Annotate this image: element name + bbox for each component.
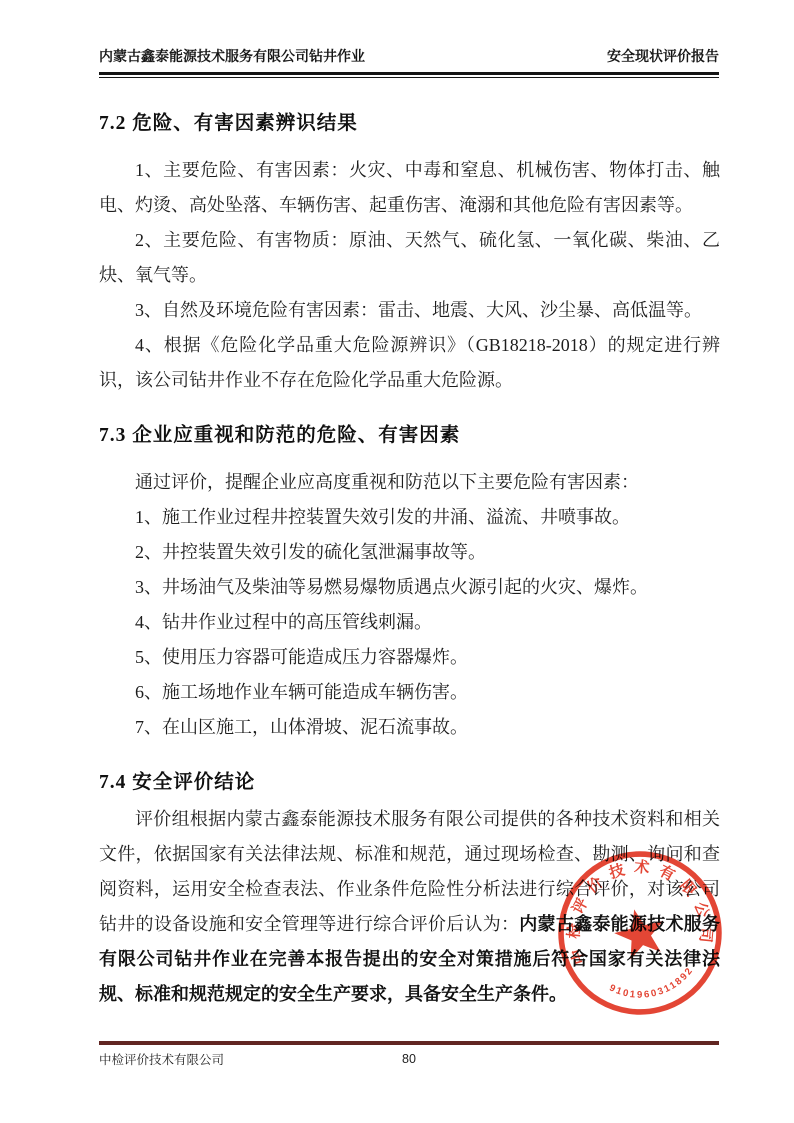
header-rule <box>99 72 719 78</box>
list-item: 5、使用压力容器可能造成压力容器爆炸。 <box>99 640 720 675</box>
section-heading-7-2: 7.2 危险、有害因素辨识结果 <box>99 110 720 137</box>
page-header: 内蒙古鑫泰能源技术服务有限公司钻井作业 安全现状评价报告 <box>0 0 794 66</box>
document-page: 内蒙古鑫泰能源技术服务有限公司钻井作业 安全现状评价报告 7.2 危险、有害因素… <box>0 0 794 1123</box>
list-item: 1、施工作业过程井控装置失效引发的井涌、溢流、井喷事故。 <box>99 500 720 535</box>
paragraph: 4、根据《危险化学品重大危险源辨识》（GB18218-2018）的规定进行辨识，… <box>99 328 720 398</box>
paragraph: 3、自然及环境危险有害因素：雷击、地震、大风、沙尘暴、高低温等。 <box>99 293 720 328</box>
footer-page-number: 80 <box>402 1052 416 1066</box>
paragraph: 2、主要危险、有害物质：原油、天然气、硫化氢、一氧化碳、柴油、乙炔、氧气等。 <box>99 223 720 293</box>
footer-rule <box>99 1041 719 1045</box>
header-right-title: 安全现状评价报告 <box>607 46 719 66</box>
section-heading-7-3: 7.3 企业应重视和防范的危险、有害因素 <box>99 422 720 449</box>
list-item: 4、钻井作业过程中的高压管线刺漏。 <box>99 605 720 640</box>
list-item: 2、井控装置失效引发的硫化氢泄漏事故等。 <box>99 535 720 570</box>
footer-company-name: 中检评价技术有限公司 <box>99 1050 224 1068</box>
paragraph: 通过评价，提醒企业应高度重视和防范以下主要危险有害因素： <box>99 465 720 500</box>
document-body: 7.2 危险、有害因素辨识结果 1、主要危险、有害因素：火灾、中毒和窒息、机械伤… <box>0 110 794 1012</box>
conclusion-paragraph: 评价组根据内蒙古鑫泰能源技术服务有限公司提供的各种技术资料和相关文件，依据国家有… <box>99 802 720 1012</box>
list-item: 7、在山区施工，山体滑坡、泥石流事故。 <box>99 710 720 745</box>
list-item: 3、井场油气及柴油等易燃易爆物质遇点火源引起的火灾、爆炸。 <box>99 570 720 605</box>
page-footer: 中检评价技术有限公司 80 <box>99 1050 719 1068</box>
header-left-title: 内蒙古鑫泰能源技术服务有限公司钻井作业 <box>99 46 365 66</box>
section-heading-7-4: 7.4 安全评价结论 <box>99 769 720 796</box>
paragraph: 1、主要危险、有害因素：火灾、中毒和窒息、机械伤害、物体打击、触电、灼烫、高处坠… <box>99 153 720 223</box>
list-item: 6、施工场地作业车辆可能造成车辆伤害。 <box>99 675 720 710</box>
